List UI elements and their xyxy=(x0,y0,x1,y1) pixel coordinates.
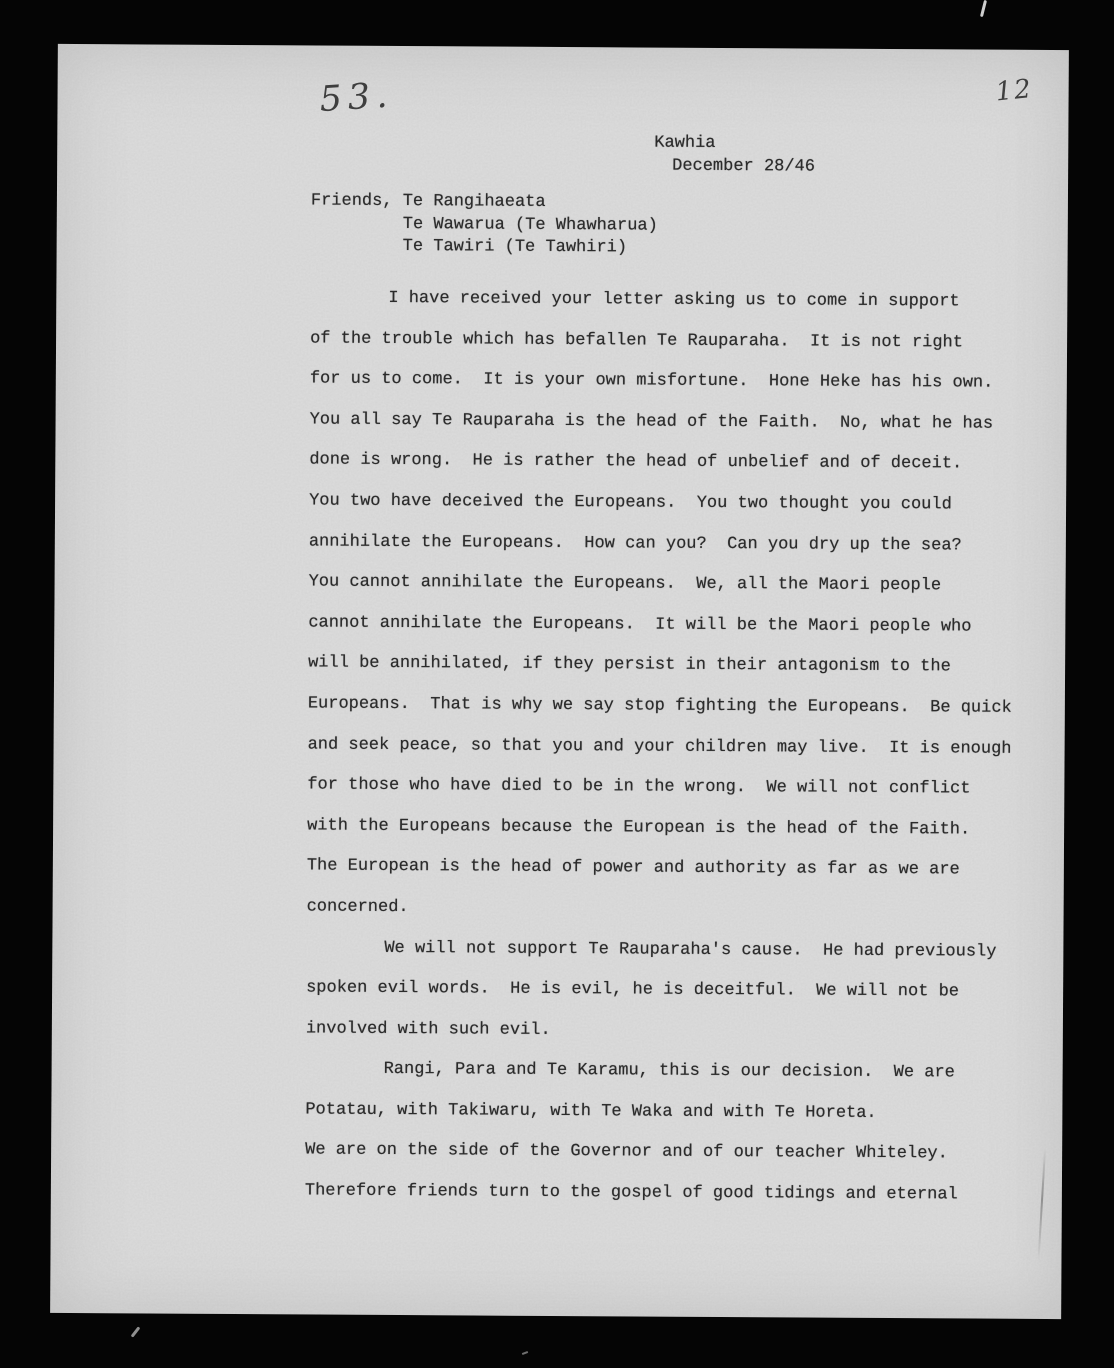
letter-line: of the trouble which has befallen Te Rau… xyxy=(310,319,1069,364)
handwritten-page-number: 12 xyxy=(994,74,1034,108)
scan-background: 53. 12 Kawhia December 28/46 Friends, Te… xyxy=(0,0,1114,1368)
letter-line: and seek peace, so that you and your chi… xyxy=(307,725,1067,770)
letter-line: Europeans. That is why we say stop fight… xyxy=(308,684,1068,729)
letter-line: Therefore friends turn to the gospel of … xyxy=(305,1172,1065,1217)
letter-line: will be annihilated, if they persist in … xyxy=(308,644,1068,689)
letter-line: cannot annihilate the Europeans. It will… xyxy=(308,603,1068,648)
letter-line: concerned. xyxy=(306,887,1066,932)
scratch-mark-top xyxy=(980,0,987,17)
letter-line: We will not support Te Rauparaha's cause… xyxy=(306,928,1066,973)
letter-date: December 28/46 xyxy=(672,157,815,177)
letter-line: You cannot annihilate the Europeans. We,… xyxy=(308,563,1068,608)
letter-line: annihilate the Europeans. How can you? C… xyxy=(309,522,1069,567)
letter-body: I have received your letter asking us to… xyxy=(305,278,1069,1216)
letter-line: Rangi, Para and Te Karamu, this is our d… xyxy=(305,1050,1065,1095)
letter-line: spoken evil words. He is evil, he is dec… xyxy=(306,969,1066,1014)
scratch-mark-bottom-center xyxy=(522,1351,528,1355)
document-page: 53. 12 Kawhia December 28/46 Friends, Te… xyxy=(50,44,1069,1319)
letter-line: done is wrong. He is rather the head of … xyxy=(309,441,1069,486)
letter-line: Potatau, with Takiwaru, with Te Waka and… xyxy=(305,1090,1065,1135)
scratch-mark-bottom-left xyxy=(131,1326,141,1337)
letter-line: We are on the side of the Governor and o… xyxy=(305,1131,1065,1176)
letter-line: You two have deceived the Europeans. You… xyxy=(309,481,1069,526)
letter-line: involved with such evil. xyxy=(306,1009,1066,1054)
recipient-line: Te Wawarua (Te Whawharua) xyxy=(311,213,658,238)
letter-place: Kawhia xyxy=(654,134,715,153)
recipient-line: Te Tawiri (Te Tawhiri) xyxy=(311,236,658,261)
letter-line: for us to come. It is your own misfortun… xyxy=(310,360,1069,405)
handwritten-sheet-number: 53. xyxy=(318,75,394,120)
recipient-line: Friends, Te Rangihaeata xyxy=(311,190,658,215)
letter-line: I have received your letter asking us to… xyxy=(310,278,1069,323)
letter-line: The European is the head of power and au… xyxy=(307,847,1067,892)
recipient-block: Friends, Te RangihaeataTe Wawarua (Te Wh… xyxy=(311,190,658,260)
letter-line: You all say Te Rauparaha is the head of … xyxy=(309,400,1068,445)
letter-line: for those who have died to be in the wro… xyxy=(307,766,1067,811)
letter-line: with the Europeans because the European … xyxy=(307,806,1067,851)
